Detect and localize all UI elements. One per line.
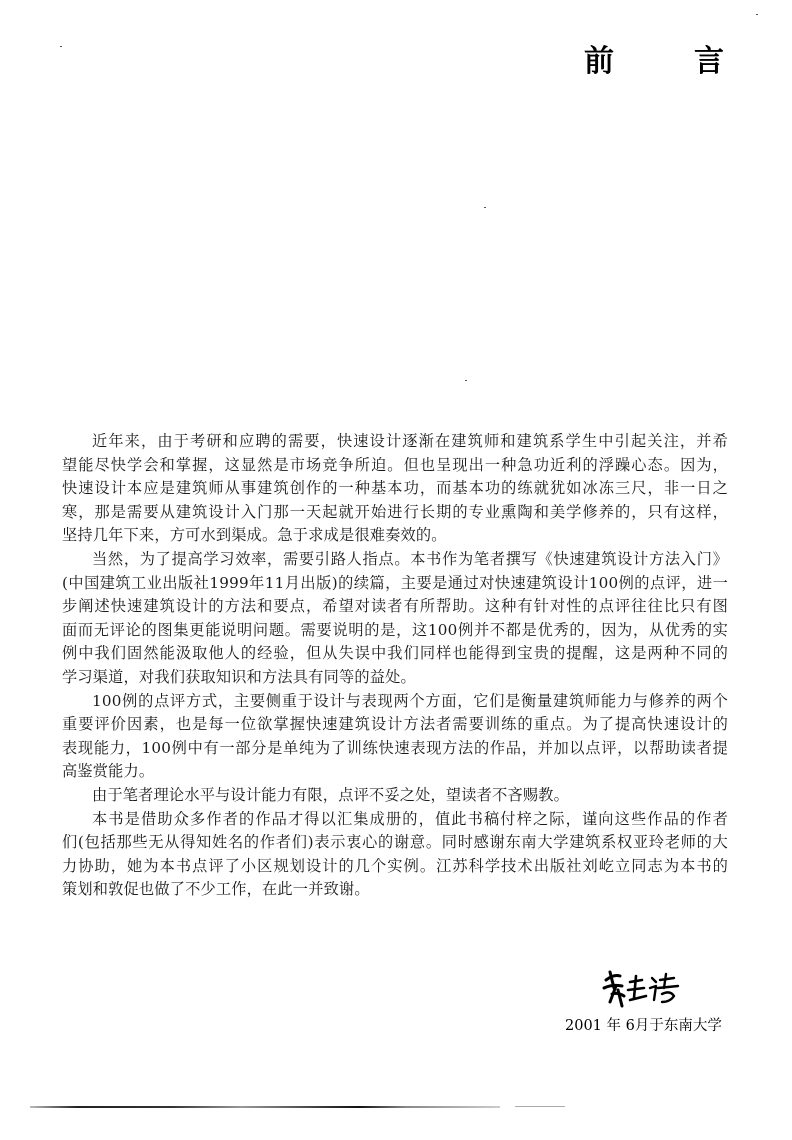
- text-line: 由于笔者理论水平与设计能力有限，点评不妥之处，望读者不吝赐教。: [62, 784, 728, 808]
- signature-icon: [600, 968, 690, 1008]
- scan-speck: [465, 380, 467, 381]
- paragraph-1: 近年来，由于考研和应聘的需要，快速设计逐渐在建筑师和建筑系学生中引起关注，并希 …: [62, 430, 728, 548]
- paragraph-3: 100例的点评方式，主要侧重于设计与表现两个方面，它们是衡量建筑师能力与修养的两…: [62, 690, 728, 784]
- text-line: 例中我们固然能汲取他人的经验，但从失误中我们同样也能得到宝贵的提醒，这是两种不同…: [62, 642, 728, 666]
- text-line: 高鉴赏能力。: [62, 760, 728, 784]
- scan-speck: [484, 207, 486, 208]
- text-line: 表现能力，100例中有一部分是单纯为了训练快速表现方法的作品，并加以点评，以帮助…: [62, 737, 728, 761]
- author-signature: [600, 968, 690, 1008]
- paragraph-4: 由于笔者理论水平与设计能力有限，点评不妥之处，望读者不吝赐教。: [62, 784, 728, 808]
- scan-edge-line: [30, 1106, 500, 1108]
- text-line: 力协助，她为本书点评了小区规划设计的几个实例。江苏科学技术出版社刘屹立同志为本书…: [62, 855, 728, 879]
- paragraph-5: 本书是借助众多作者的作品才得以汇集成册的，值此书稿付梓之际，谨向这些作品的作者 …: [62, 808, 728, 902]
- scan-edge-line: [515, 1106, 565, 1107]
- text-line: 坚持几年下来，方可水到渠成。急于求成是很难奏效的。: [62, 524, 728, 548]
- text-line: 100例的点评方式，主要侧重于设计与表现两个方面，它们是衡量建筑师能力与修养的两…: [62, 690, 728, 714]
- text-line: 学习渠道，对我们获取知识和方法具有同等的益处。: [62, 666, 728, 690]
- text-line: (中国建筑工业出版社1999年11月出版)的续篇，主要是通过对快速建筑设计100…: [62, 572, 728, 596]
- text-line: 望能尽快学会和掌握，这显然是市场竞争所迫。但也呈现出一种急功近利的浮躁心态。因为…: [62, 454, 728, 478]
- date-line: 2001 年 6月于东南大学: [565, 1014, 722, 1035]
- text-line: 策划和敦促也做了不少工作，在此一并致谢。: [62, 878, 728, 902]
- text-line: 当然，为了提高学习效率，需要引路人指点。本书作为笔者撰写《快速建筑设计方法入门》: [62, 548, 728, 572]
- paragraph-2: 当然，为了提高学习效率，需要引路人指点。本书作为笔者撰写《快速建筑设计方法入门》…: [62, 548, 728, 690]
- title-char-1: 前: [584, 36, 614, 80]
- scan-speck: [60, 46, 62, 47]
- title-char-2: 言: [694, 36, 724, 80]
- text-line: 步阐述快速建筑设计的方法和要点，希望对读者有所帮助。这种有针对性的点评往往比只有…: [62, 595, 728, 619]
- text-line: 重要评价因素，也是每一位欲掌握快速建筑设计方法者需要训练的重点。为了提高快速设计…: [62, 713, 728, 737]
- page-title: 前 言: [584, 38, 724, 78]
- text-line: 面而无评论的图集更能说明问题。需要说明的是，这100例并不都是优秀的，因为，从优…: [62, 619, 728, 643]
- text-line: 们(包括那些无从得知姓名的作者们)表示衷心的谢意。同时感谢东南大学建筑系权亚玲老…: [62, 831, 728, 855]
- scan-speck: [756, 14, 758, 15]
- text-line: 近年来，由于考研和应聘的需要，快速设计逐渐在建筑师和建筑系学生中引起关注，并希: [62, 430, 728, 454]
- text-line: 寒，那是需要从建筑设计入门那一天起就开始进行长期的专业熏陶和美学修养的，只有这样…: [62, 501, 728, 525]
- text-line: 本书是借助众多作者的作品才得以汇集成册的，值此书稿付梓之际，谨向这些作品的作者: [62, 808, 728, 832]
- text-line: 快速设计本应是建筑师从事建筑创作的一种基本功，而基本功的练就犹如冰冻三尺，非一日…: [62, 477, 728, 501]
- preface-body: 近年来，由于考研和应聘的需要，快速设计逐渐在建筑师和建筑系学生中引起关注，并希 …: [62, 430, 728, 902]
